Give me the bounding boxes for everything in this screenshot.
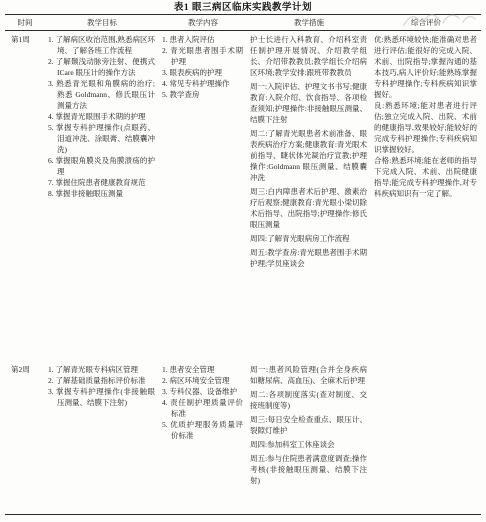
time-cell: 第2周 — [5, 360, 45, 489]
cell-text: 5. 优质护理服务质量评价标准 — [162, 419, 243, 441]
cell-text: 周四:参加科室工休座谈会 — [250, 439, 367, 450]
cell-text: 周一:患者风险管理(合并全身疾病如糖尿病、高血压)、全麻术后护理 — [250, 364, 367, 386]
table-body: 第1周1. 了解病区收治范围,熟悉病区环境、了解各班工作流程2. 了解颞浅动脉旁… — [5, 30, 481, 489]
cell-text: 1. 患者安全管理 — [162, 364, 243, 375]
cell-text: 合格:熟悉环境;能在老师的指导下完成入院、术前、出院健康指导;能完成专科护理操作… — [374, 155, 477, 199]
header-measures: 教学措施 — [247, 15, 371, 30]
cell-text: 6. 掌握眼角膜炎及角膜溃疡的护理 — [48, 155, 155, 177]
cell-text: 3. 眼表疾病的护理 — [162, 67, 243, 78]
cell-text: 3. 掌握专科护理操作(非接触眼压测量、结膜下注射) — [48, 386, 155, 408]
content-cell: 1. 患者安全管理2. 病区环境安全管理3. 专科仪器、设备维护4. 责任制护理… — [159, 360, 247, 489]
paper-page: 表1 眼三病区临床实践教学计划 时间 教学目标 教学内容 教学措施 综合评价 第… — [0, 0, 486, 522]
cell-text: 周二:了解青光眼患者术前准备、眼表疾病治疗方案;健康教育:青光眼术前指导、睫状体… — [250, 128, 367, 183]
header-content: 教学内容 — [159, 15, 247, 30]
cell-text: 5. 掌握专科护理操作(点眼药、泪道冲洗、涂眼膏、结膜囊冲洗) — [48, 122, 155, 155]
cell-text: 4. 掌握青光眼围手术期的护理 — [48, 111, 155, 122]
cell-text: 2. 了解颞浅动脉旁注射、便携式 ICare 眼压计的操作方法 — [48, 56, 155, 78]
cell-text: 周四:了解青光眼病房工作流程 — [250, 233, 367, 244]
cell-text: 周五:参与住院患者满意度调查;操作考核(非接触眼压测量、结膜下注射) — [250, 453, 367, 486]
cell-text: 4. 责任制护理质量评价标准 — [162, 397, 243, 419]
cell-text: 优:熟悉环境较快;能准确对患者进行评估;能很好的完成入院、术前、出院指导;掌握沟… — [374, 34, 477, 100]
table-title: 表1 眼三病区临床实践教学计划 — [0, 0, 486, 14]
content-cell: 1. 患者入院评估2. 青光眼患者围手术期护理3. 眼表疾病的护理4. 常见专科… — [159, 30, 247, 360]
measures-cell: 周一:患者风险管理(合并全身疾病如糖尿病、高血压)、全麻术后护理周二:各项制度落… — [247, 360, 371, 489]
cell-text: 周三:白内障患者术后护理、激素治疗后观察;健康教育:青光眼小梁切除术后指导、出院… — [250, 186, 367, 230]
objectives-cell: 1. 了解青光眼专科病区管理2. 了解基础质量指标评价标准3. 掌握专科护理操作… — [45, 360, 159, 489]
measures-cell: 护士长进行入科教育、介绍科室责任制护理开展情况、介绍教学组长、介绍带教教员;教学… — [247, 30, 371, 360]
cell-text: 1. 患者入院评估 — [162, 34, 243, 45]
evaluation-cell — [371, 360, 481, 489]
cell-text: 2. 病区环境安全管理 — [162, 375, 243, 386]
cell-text: 7. 掌握住院患者健康教育规范 — [48, 177, 155, 188]
header-objectives: 教学目标 — [45, 15, 159, 30]
cell-text: 3. 熟悉青光眼和角膜病的治疗;熟悉 Goldmann、修氏眼压计测量方法 — [48, 78, 155, 111]
cell-text: 2. 青光眼患者围手术期护理 — [162, 45, 243, 67]
header-time: 时间 — [5, 15, 45, 30]
cell-text: 4. 常见专科护理操作 — [162, 78, 243, 89]
time-cell: 第1周 — [5, 30, 45, 360]
cell-text: 良:熟悉环境;能对患者进行评估;独立完成入院、出院、术前的健康指导,效果较好;能… — [374, 100, 477, 155]
cell-text: 周三:每日安全检查重点、眼压计、裂隙灯维护 — [250, 414, 367, 436]
table-row: 第1周1. 了解病区收治范围,熟悉病区环境、了解各班工作流程2. 了解颞浅动脉旁… — [5, 30, 481, 360]
objectives-cell: 1. 了解病区收治范围,熟悉病区环境、了解各班工作流程2. 了解颞浅动脉旁注射、… — [45, 30, 159, 360]
evaluation-cell: 优:熟悉环境较快;能准确对患者进行评估;能很好的完成入院、术前、出院指导;掌握沟… — [371, 30, 481, 360]
cell-text: 5. 教学查房 — [162, 89, 243, 100]
cell-text: 周二:各项制度落实(查对制度、交接班制度等) — [250, 389, 367, 411]
table-row: 第2周1. 了解青光眼专科病区管理2. 了解基础质量指标评价标准3. 掌握专科护… — [5, 360, 481, 489]
cell-text: 3. 专科仪器、设备维护 — [162, 386, 243, 397]
cell-text: 周五:教学查房:青光眼患者围手术期护理;学员座谈会 — [250, 247, 367, 269]
cell-text: 第2周 — [11, 364, 41, 375]
cell-text: 护士长进行入科教育、介绍科室责任制护理开展情况、介绍教学组长、介绍带教教员;教学… — [250, 34, 367, 78]
teaching-plan-table-wrap: 时间 教学目标 教学内容 教学措施 综合评价 第1周1. 了解病区收治范围,熟悉… — [5, 14, 481, 515]
cell-text: 周一:入院评估、护理文书书写;健康教育:入院介绍、饮食指导、各项检查须知;护理操… — [250, 81, 367, 125]
cell-text: 2. 了解基础质量指标评价标准 — [48, 375, 155, 386]
header-evaluation: 综合评价 — [371, 15, 481, 30]
cell-text: 1. 了解青光眼专科病区管理 — [48, 364, 155, 375]
cell-text: 1. 了解病区收治范围,熟悉病区环境、了解各班工作流程 — [48, 34, 155, 56]
cell-text: 8. 掌握非接触眼压测量 — [48, 188, 155, 199]
teaching-plan-table: 时间 教学目标 教学内容 教学措施 综合评价 第1周1. 了解病区收治范围,熟悉… — [5, 15, 481, 489]
table-header-row: 时间 教学目标 教学内容 教学措施 综合评价 — [5, 15, 481, 30]
cell-text: 第1周 — [11, 34, 41, 45]
